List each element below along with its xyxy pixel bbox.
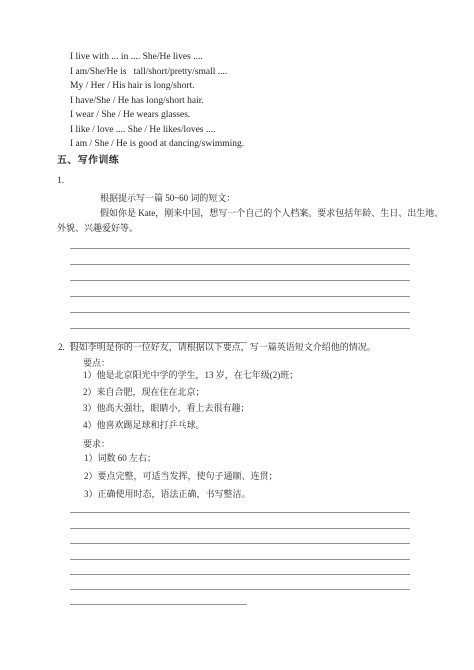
- task2-points-list: 1）他是北京阳光中学的学生，13 岁，在七年级(2)班；2）来自合肥，现在住在北…: [83, 367, 298, 433]
- section-title: 五、写作训练: [57, 152, 119, 166]
- task2-point: 2）来自合肥，现在住在北京；: [83, 384, 298, 401]
- task2-prompt: 2.假如李明是你的一位好友，请根据以下要点，写一篇英语短文介绍他的情况。: [58, 340, 376, 353]
- answer-line: [70, 233, 410, 249]
- answer-line: [70, 498, 410, 513]
- sentence-pattern: I am / She / He is good at dancing/swimm…: [70, 137, 244, 152]
- sentence-pattern: I live with ... in .... She/He lives ...…: [70, 50, 244, 65]
- task1-scenario-line1: 假如你是 Kate，刚来中国，想写一个自己的个人档案。要求包括年龄、生日、出生地…: [100, 206, 443, 219]
- task1-prompt: 根据提示写一篇 50~60 词的短文：: [100, 191, 235, 204]
- task2-point: 4）他喜欢踢足球和打乒乓球。: [83, 417, 298, 434]
- sentence-pattern: I have/She / He has long/short hair.: [70, 94, 244, 109]
- answer-line: [70, 281, 410, 297]
- answer-line: [70, 575, 410, 590]
- task2-requirement: 2）要点完整，可适当发挥，使句子通顺、连贯；: [84, 467, 278, 485]
- task1-number: 1.: [57, 176, 64, 186]
- sentence-pattern: I wear / She / He wears glasses.: [70, 108, 244, 123]
- answer-line: [70, 560, 410, 575]
- task2-point: 3）他高大强壮，眼睛小，看上去很有趣；: [83, 400, 298, 417]
- task2-number: 2.: [58, 342, 65, 352]
- sentence-pattern: My / Her / His hair is long/short.: [70, 79, 244, 94]
- answer-line: [70, 544, 410, 559]
- task2-requirements-list: 1）词数 60 左右；2）要点完整，可适当发挥，使句子通顺、连贯；3）正确使用时…: [84, 449, 278, 503]
- sentence-pattern: I like / love .... She / He likes/loves …: [70, 123, 244, 138]
- sentence-pattern: I am/She/He is tall/short/pretty/small .…: [70, 65, 244, 80]
- task2-requirement: 1）词数 60 左右；: [84, 449, 278, 467]
- task2-prompt-text: 假如李明是你的一位好友，请根据以下要点，写一篇英语短文介绍他的情况。: [70, 342, 376, 352]
- sentence-pattern-list: I live with ... in .... She/He lives ...…: [70, 50, 244, 152]
- answer-line: [70, 297, 410, 313]
- answer-line: [70, 513, 410, 528]
- task2-point: 1）他是北京阳光中学的学生，13 岁，在七年级(2)班；: [83, 367, 298, 384]
- answer-line: [70, 265, 410, 281]
- worksheet-page: I live with ... in .... She/He lives ...…: [0, 0, 474, 670]
- answer-line: [70, 313, 410, 329]
- task1-writing-lines: [70, 233, 410, 343]
- answer-line-short: [70, 590, 247, 605]
- answer-line: [70, 249, 410, 265]
- answer-line: [70, 529, 410, 544]
- task2-writing-lines: [70, 498, 410, 605]
